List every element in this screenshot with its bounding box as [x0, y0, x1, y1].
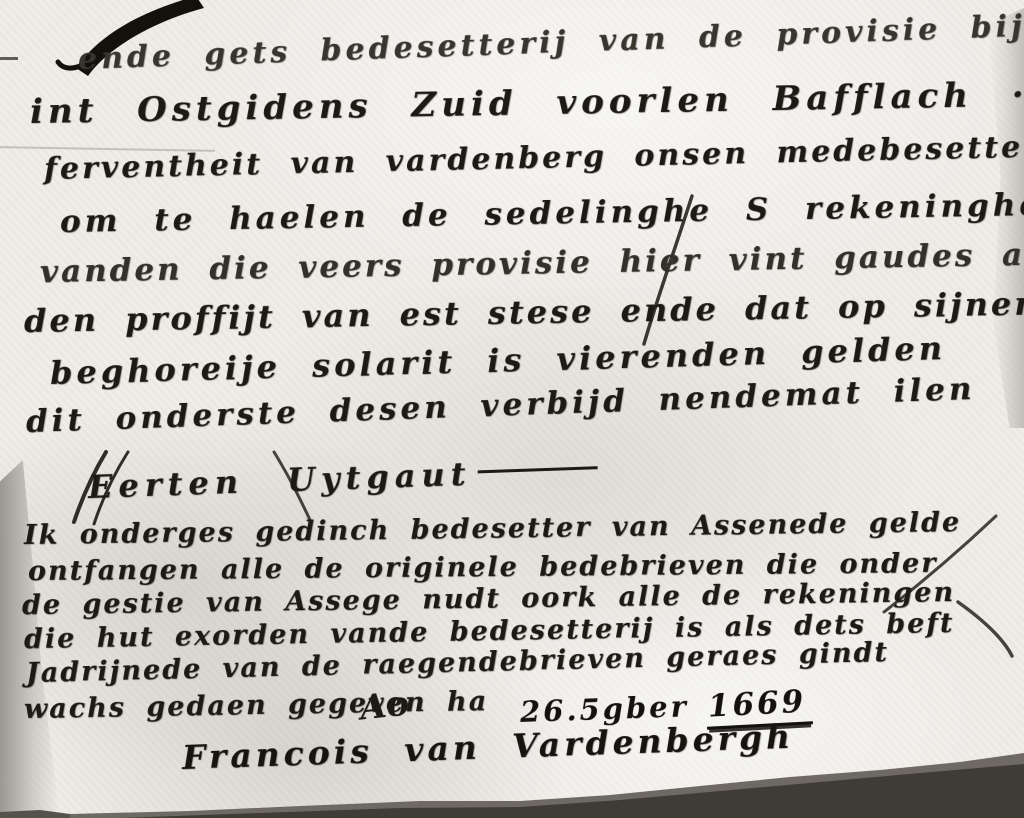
manuscript-line: vanden die veers provisie hier vint gaud…	[40, 236, 1024, 290]
section-header: Eerten Uytgaut	[87, 450, 598, 506]
manuscript-line: ferventheit van vardenberg onsen medebes…	[44, 129, 1024, 187]
margin-dash-mark	[0, 57, 18, 60]
flourish-tip	[58, 62, 80, 68]
manuscript-line: om te haelen de sedelinghe S rekeninghen	[60, 186, 1024, 240]
long-descender-stroke-4	[958, 602, 1012, 656]
manuscript-line: int Ostgidens Zuid voorlen Bafflach ·	[30, 75, 1024, 132]
closing-line: wachs gedaen gegeven ha	[24, 686, 489, 725]
manuscript-line: ende gets bedesetterij van de provisie b…	[77, 9, 1024, 77]
manuscript-line: Ik onderges gedinch bedesetter van Assen…	[24, 507, 962, 551]
anno-abbreviation: Ao	[358, 684, 411, 729]
signature: Francois van Vardenbergh	[181, 717, 794, 777]
section-header-text: Eerten Uytgaut	[87, 455, 472, 506]
manuscript-page: ende gets bedesetterij van de provisie b…	[0, 0, 1024, 818]
header-underline-flourish	[477, 466, 597, 473]
